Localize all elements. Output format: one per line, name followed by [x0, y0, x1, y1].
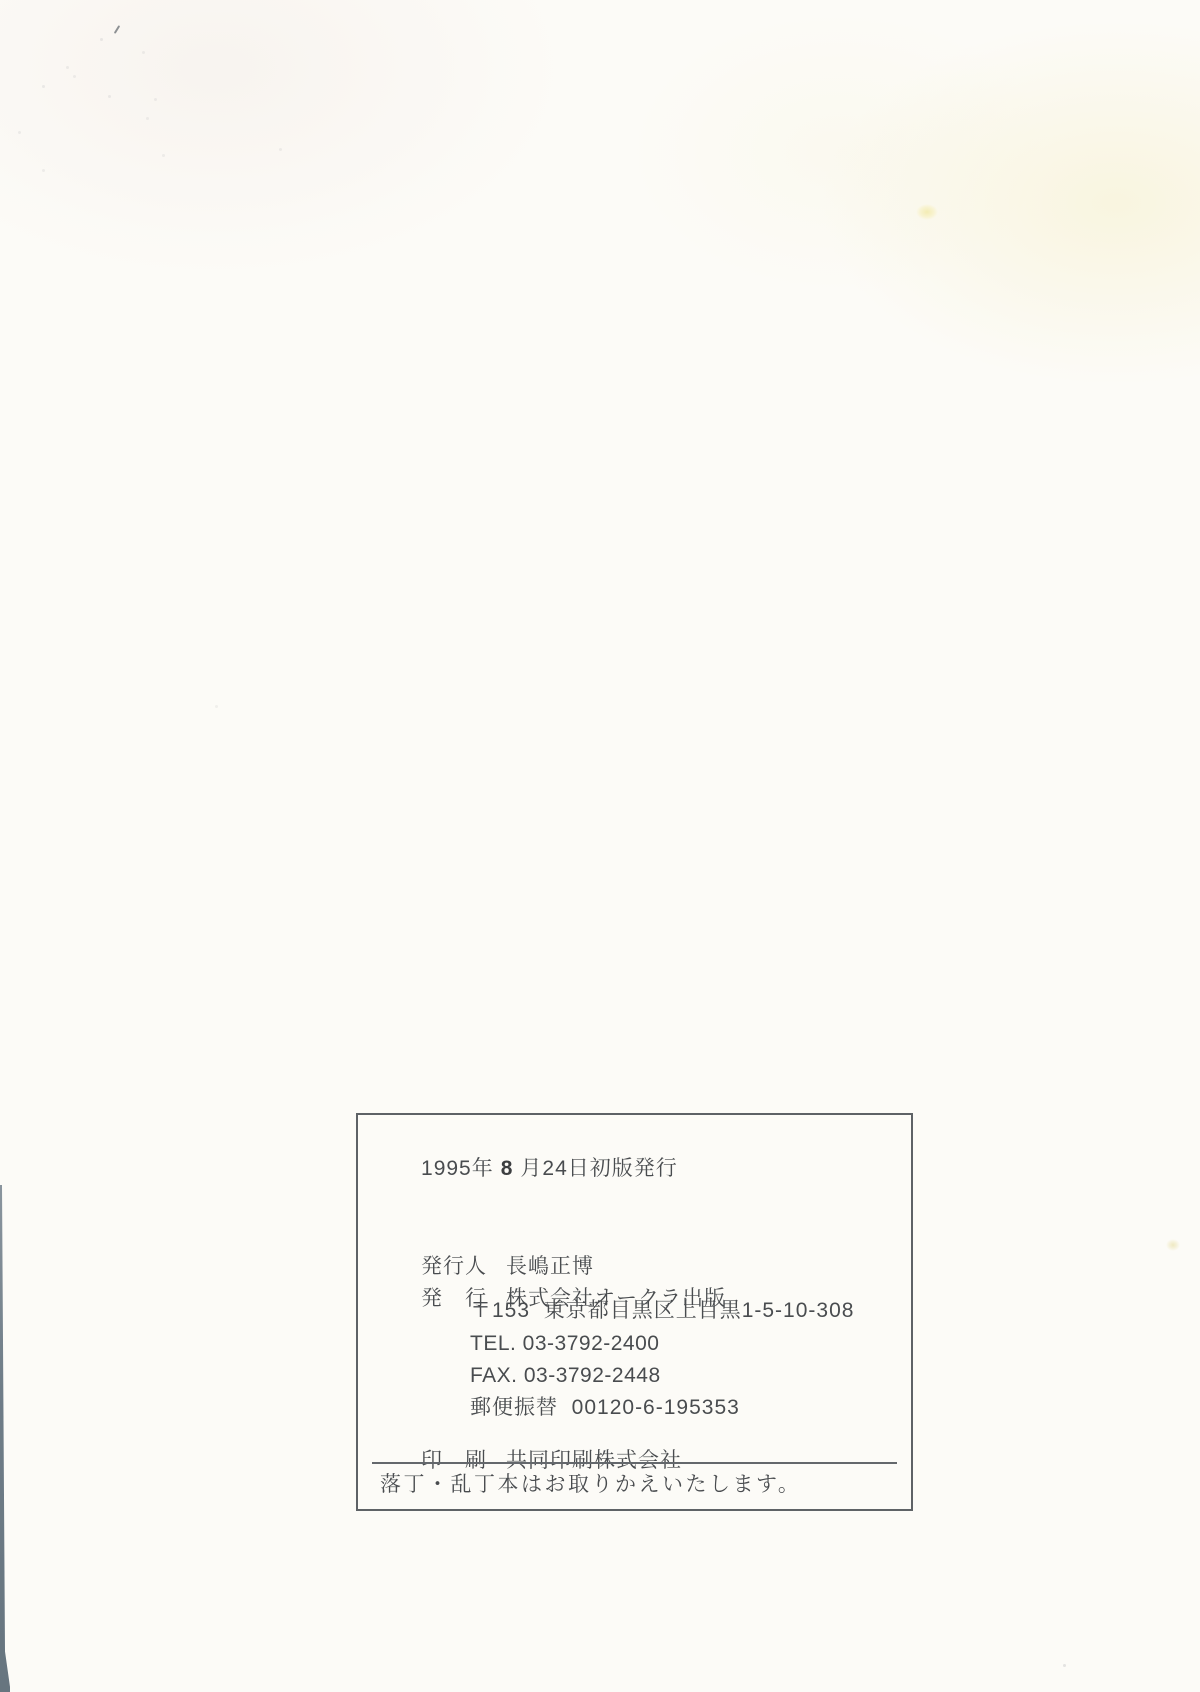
dust-speck [279, 148, 282, 151]
ink-speck [114, 25, 120, 34]
scanned-page: 1995年8月24日初版発行 発行人長嶋正博 発 行株式会社オークラ出版 〒15… [0, 0, 1200, 1692]
yellow-stain [916, 204, 938, 220]
dust-speck [73, 75, 76, 78]
edition-date-line: 1995年8月24日初版発行 [380, 1137, 678, 1200]
dust-speck [108, 95, 111, 98]
dust-speck [18, 131, 21, 134]
dust-speck [42, 169, 45, 172]
dust-speck [42, 85, 45, 88]
yellow-stain [1166, 1239, 1180, 1251]
dust-speck [142, 51, 145, 54]
colophon-box: 1995年8月24日初版発行 発行人長嶋正博 発 行株式会社オークラ出版 〒15… [356, 1113, 913, 1511]
dust-speck [66, 66, 69, 69]
replacement-notice-line: 落丁・乱丁本はお取りかえいたします。 [380, 1474, 801, 1495]
scan-edge-artifact [0, 1185, 12, 1692]
postal-transfer-line: 郵便振替 00120-6-195353 [470, 1397, 740, 1418]
tel-line: TEL. 03-3792-2400 [470, 1333, 659, 1354]
edition-date-year: 1995年 [421, 1157, 494, 1180]
dust-speck [146, 117, 149, 120]
dust-speck [154, 98, 157, 101]
printer-label: 印 刷 [421, 1450, 489, 1471]
edition-date-rest: 月24日初版発行 [520, 1157, 677, 1180]
fax-line: FAX. 03-3792-2448 [470, 1365, 661, 1386]
publisher-address-line: 〒153 東京都目黒区上目黒1-5-10-308 [470, 1300, 854, 1321]
notice-divider [372, 1462, 897, 1464]
dust-speck [162, 154, 165, 157]
dust-speck [1063, 1664, 1066, 1667]
dust-speck [100, 38, 103, 41]
dust-speck [215, 705, 218, 708]
printer-value: 共同印刷株式会社 [506, 1450, 682, 1471]
edition-date-month: 8 [501, 1157, 514, 1180]
